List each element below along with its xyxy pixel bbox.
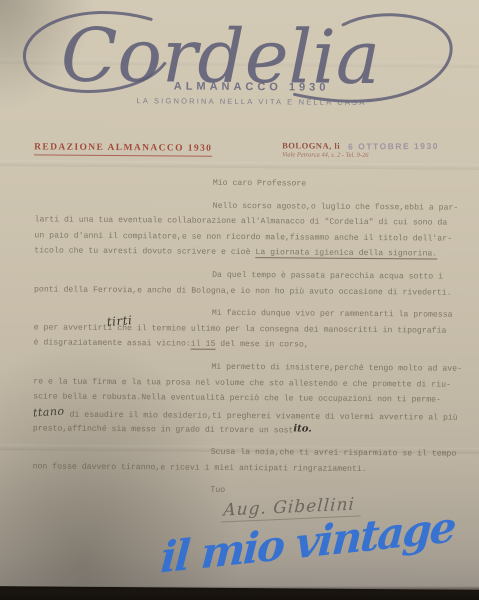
background-shadow bbox=[0, 586, 479, 600]
body-line-text: presto,affinché sia messo in grado di tr… bbox=[33, 425, 293, 436]
body-line: non fosse davvero tiranno,e ricevi i mie… bbox=[33, 459, 453, 478]
salutation: Mio caro Professore bbox=[35, 174, 455, 193]
body-line-text: ticolo che tu avresti dovuto scrivere e … bbox=[34, 247, 255, 258]
letter-body: Mio caro Professore Nello scorso agosto,… bbox=[32, 174, 455, 500]
city-line: BOLOGNA, li6 OTTOBRE 1930 bbox=[282, 140, 462, 151]
city-label: BOLOGNA, li bbox=[282, 140, 340, 150]
handwritten-correction-ito: ito. bbox=[293, 422, 312, 438]
body-line: ponti della Ferrovia,e anche di Bologna,… bbox=[34, 282, 454, 301]
date-stamp: 6 OTTOBRE 1930 bbox=[348, 141, 439, 152]
handwritten-correction-tirti: tirti bbox=[106, 313, 133, 329]
redazione-label: REDAZIONE ALMANACCO 1930 bbox=[34, 142, 212, 156]
address-line: Viale Petrarca 44, s. 2 - Tel. 9-26 bbox=[282, 151, 462, 159]
city-date-block: BOLOGNA, li6 OTTOBRE 1930 Viale Petrarca… bbox=[282, 140, 462, 159]
closing-tuo: Tuo bbox=[32, 481, 452, 500]
body-line: è disgraziatamente assai vicino:il 15 de… bbox=[34, 336, 454, 355]
body-line: ticolo che tu avresti dovuto scrivere e … bbox=[34, 244, 454, 263]
paper-crease bbox=[0, 160, 479, 170]
body-line: presto,affinché sia messo in grado di tr… bbox=[33, 421, 453, 440]
handwritten-correction-ttano: ttano bbox=[33, 403, 66, 421]
letter-paper: Cordelia ALMANACCO 1930 LA SIGNORINA NEL… bbox=[0, 0, 479, 590]
body-line-text: del mese in corso, bbox=[215, 340, 308, 350]
underlined-deadline: il 15 bbox=[191, 340, 216, 350]
body-line-text: è disgraziatamente assai vicino: bbox=[34, 339, 191, 349]
underlined-article-title: La giornata igienica della signorina. bbox=[255, 248, 437, 259]
